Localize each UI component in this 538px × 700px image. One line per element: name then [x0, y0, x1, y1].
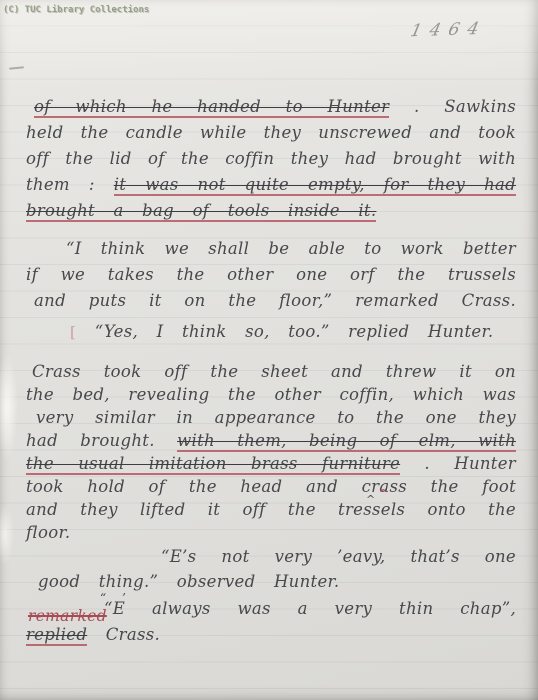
text-segment: of which he handed to Hunter [34, 97, 389, 118]
text-segment: replied [26, 625, 87, 646]
manuscript-line: held the candle while they unscrewed and… [26, 120, 516, 146]
page-number: 1464 [408, 19, 488, 42]
manuscript-line: remarkedreplied Crass. [26, 622, 516, 648]
text-segment: brought a bag of tools inside it. [26, 201, 376, 222]
manuscript-line: them : it was not quite empty, for they … [26, 172, 516, 198]
manuscript-line: floor. [26, 521, 516, 544]
manuscript-paragraph: “E always was a very thin chap”,“ ’ rema… [26, 596, 516, 648]
text-segment: “E always was a very thin chap”,“ ’ [104, 599, 516, 618]
manuscript-line: very similar in appearance to the one th… [26, 406, 516, 429]
text-segment: the bed, revealing the other coffin, whi… [26, 385, 516, 404]
text-segment: it was not quite empty, for they had [114, 175, 516, 196]
correction-stack: remarkedreplied [26, 622, 87, 648]
text-segment: and they lifted it off the [26, 500, 316, 519]
text-segment: . Sawkins [414, 97, 516, 116]
manuscript-line: the usual imitation brass furniture . Hu… [26, 452, 516, 475]
manuscript-line: brought a bag of tools inside it. [26, 198, 516, 224]
text-segment: if we takes the other one orf the trusse… [26, 265, 516, 284]
manuscript-paragraph: [ “Yes, I think so, too.” replied Hunter… [26, 319, 516, 345]
pencil-mark [9, 66, 24, 69]
text-segment: off the lid of the coffin they had broug… [26, 149, 516, 168]
manuscript-line: the bed, revealing the other coffin, whi… [26, 383, 516, 406]
manuscript-line: “E’s not very ’eavy, that’s one [26, 544, 516, 569]
text-segment: very similar in appearance to the one th… [36, 408, 516, 427]
manuscript-line: off the lid of the coffin they had broug… [26, 146, 516, 172]
library-watermark: (C) TUC Library Collections [3, 5, 149, 15]
text-segment: floor. [26, 523, 70, 542]
text-segment: good thing.” observed Hunter. [38, 572, 339, 591]
manuscript-page: (C) TUC Library Collections 1464 of whic… [0, 0, 538, 700]
text-segment: the usual imitation brass furniture [26, 454, 400, 475]
text-segment: the foot [431, 477, 516, 496]
manuscript-paragraph: of which he handed to Hunter . Sawkins h… [26, 94, 516, 224]
text-segment: Crass. [106, 625, 160, 644]
manuscript-line: had brought. with them, being of elm, wi… [26, 429, 516, 452]
manuscript-line: Crass took off the sheet and threw it on [26, 360, 516, 383]
text-segment: and puts it on the floor,” remarked Cras… [34, 291, 516, 310]
manuscript-line: and puts it on the floor,” remarked Cras… [26, 288, 516, 314]
text-segment: had brought. [26, 431, 155, 450]
text-segment: onto the [427, 500, 516, 519]
manuscript-line: [ “Yes, I think so, too.” replied Hunter… [26, 319, 516, 345]
text-segment: took hold of the head and [26, 477, 338, 496]
text-segment: tressels^ [338, 500, 405, 519]
text-segment: “I think we shall be able to work better [66, 239, 516, 258]
manuscript-line: took hold of the head and crass^ the foo… [26, 475, 516, 498]
manuscript-line: of which he handed to Hunter . Sawkins [26, 94, 516, 120]
text-segment: “E’s not very ’eavy, that’s one [161, 547, 516, 566]
manuscript-line: if we takes the other one orf the trusse… [26, 262, 516, 288]
manuscript-paragraph: “I think we shall be able to work better… [26, 236, 516, 314]
insertion-mark: ^ [366, 488, 377, 511]
text-segment: them : [26, 175, 95, 194]
text-segment: “Yes, I think so, too.” replied Hunter. [95, 322, 494, 341]
manuscript-line: and they lifted it off the tressels^ ont… [26, 498, 516, 521]
text-segment: with them, being of elm, with [177, 431, 516, 452]
text-segment: Crass took off the sheet and threw it on [32, 362, 516, 381]
manuscript: of which he handed to Hunter . Sawkins h… [0, 94, 538, 648]
text-segment: held the candle while they unscrewed and… [26, 123, 516, 142]
manuscript-line: “I think we shall be able to work better [26, 236, 516, 262]
red-proof-bracket: [ [70, 323, 76, 341]
manuscript-paragraph: Crass took off the sheet and threw it on… [26, 360, 516, 544]
text-segment: . Hunter [424, 454, 516, 473]
